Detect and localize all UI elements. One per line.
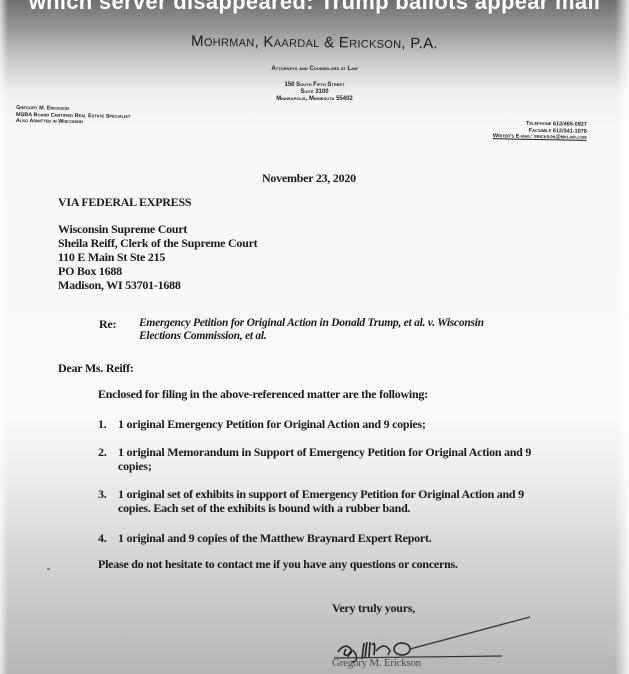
scan-speck bbox=[47, 568, 50, 570]
recipient-line: Madison, WI 53701-1688 bbox=[58, 278, 257, 292]
salutation: Dear Ms. Reiff: bbox=[58, 361, 134, 376]
recipient-line: Wisconsin Supreme Court bbox=[58, 222, 257, 236]
delivery-method: VIA FEDERAL EXPRESS bbox=[58, 195, 191, 210]
attorney-credentials: Gregory M. Erickson MSBA Board Certified… bbox=[16, 105, 131, 126]
scanned-letter-page: which server disappeared: Trump ballots … bbox=[0, 0, 629, 674]
firm-tagline: Attorneys and Counselors at Law bbox=[0, 66, 629, 72]
firm-address-street: 150 South Fifth Street bbox=[0, 82, 629, 89]
firm-address-suite: Suite 3100 bbox=[0, 89, 629, 96]
item-number: 4. bbox=[98, 531, 118, 545]
closing-paragraph: Please do not hesitate to contact me if … bbox=[98, 557, 458, 572]
re-subject-line: Elections Commission, et al. bbox=[139, 330, 484, 343]
item-text-continued: copies. Each set of the exhibits is boun… bbox=[98, 501, 524, 515]
enclosure-item: 4.1 original and 9 copies of the Matthew… bbox=[98, 531, 431, 545]
item-number: 3. bbox=[98, 487, 118, 501]
item-number: 1. bbox=[98, 417, 118, 431]
recipient-line: Sheila Reiff, Clerk of the Supreme Court bbox=[58, 236, 257, 250]
re-label: Re: bbox=[99, 317, 116, 332]
firm-name: Mohrman, Kaardal & Erickson, P.A. bbox=[0, 31, 629, 55]
enclosure-item: 1.1 original Emergency Petition for Orig… bbox=[98, 417, 426, 431]
recipient-line: 110 E Main St Ste 215 bbox=[58, 250, 257, 264]
re-subject-line: Emergency Petition for Original Action i… bbox=[139, 317, 484, 330]
contact-block: Telephone 612/465-0927 Facsimile 612/341… bbox=[493, 120, 587, 141]
writer-email: Writer's E-mail: erickson@mklaw.com bbox=[493, 133, 587, 141]
item-text: 1 original Emergency Petition for Origin… bbox=[118, 417, 426, 431]
valediction: Very truly yours, bbox=[332, 601, 415, 616]
signer-name: Gregory M. Erickson bbox=[332, 657, 421, 669]
item-text: 1 original set of exhibits in support of… bbox=[118, 487, 524, 501]
recipient-address: Wisconsin Supreme Court Sheila Reiff, Cl… bbox=[58, 222, 257, 292]
letter-date: November 23, 2020 bbox=[262, 171, 356, 186]
item-text: 1 original Memorandum in Support of Emer… bbox=[118, 445, 531, 459]
intro-paragraph: Enclosed for filing in the above-referen… bbox=[98, 387, 428, 402]
re-subject: Emergency Petition for Original Action i… bbox=[139, 317, 484, 343]
item-number: 2. bbox=[98, 445, 118, 459]
item-text: 1 original and 9 copies of the Matthew B… bbox=[118, 531, 431, 545]
enclosure-item: 3.1 original set of exhibits in support … bbox=[98, 487, 524, 515]
recipient-line: PO Box 1688 bbox=[58, 264, 257, 278]
item-text-continued: copies; bbox=[98, 459, 531, 473]
video-caption: which server disappeared: Trump ballots … bbox=[0, 0, 629, 15]
enclosure-item: 2.1 original Memorandum in Support of Em… bbox=[98, 445, 531, 473]
firm-address-city: Minneapolis, Minnesota 55402 bbox=[0, 96, 629, 103]
